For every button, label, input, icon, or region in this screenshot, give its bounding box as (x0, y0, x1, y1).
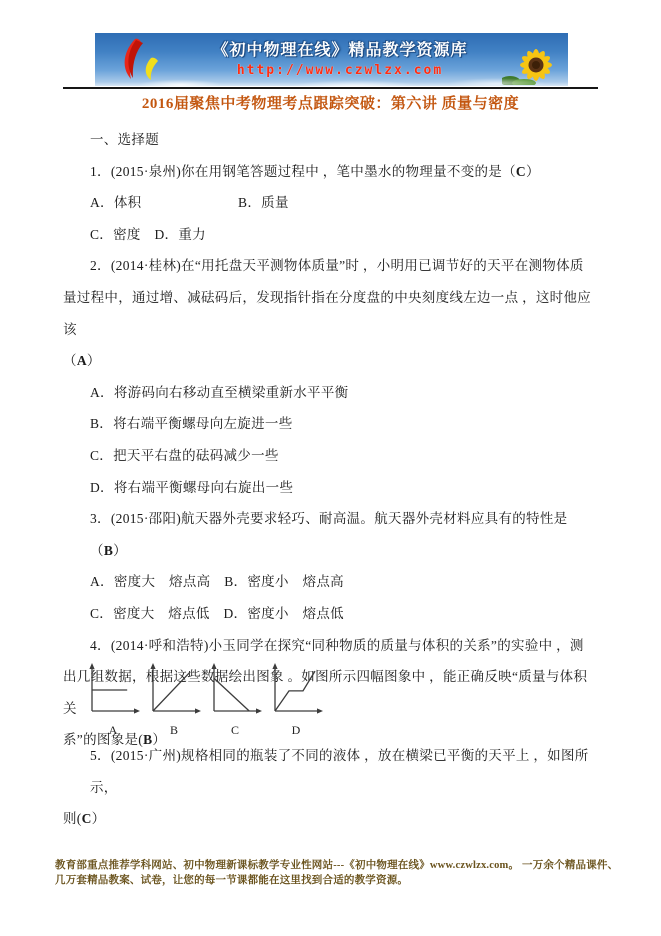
graph-label-A: A (84, 723, 142, 738)
doc-line: 5．(2015·广州)规格相同的瓶装了不同的液体 ，放在横梁已平衡的天平上 ，如… (63, 740, 600, 803)
graph-label-B: B (145, 723, 203, 738)
banner-text-block: 《初中物理在线》精品教学资源库 http://www.czwlzx.com (190, 37, 490, 78)
doc-line: C．密度大 熔点低 D．密度小 熔点低 (63, 598, 600, 630)
doc-line: A．密度大 熔点高 B．密度小 熔点高 (63, 566, 600, 598)
question-text-block-2: 5．(2015·广州)规格相同的瓶装了不同的液体 ，放在横梁已平衡的天平上 ，如… (63, 740, 600, 835)
doc-line: D．将右端平衡螺母向右旋出一些 (63, 472, 600, 504)
doc-line: C．把天平右盘的砝码减少一些 (63, 440, 600, 472)
doc-line: A．体积 B．质量 (63, 187, 600, 219)
page-footer: 教育部重点推荐学科网站、初中物理新课标教学专业性网站---《初中物理在线》www… (55, 858, 629, 888)
graph-C: C (206, 661, 264, 738)
graph-D: D (267, 661, 325, 738)
banner-site-title: 《初中物理在线》精品教学资源库 (190, 37, 490, 60)
doc-line: （A） (63, 345, 600, 377)
doc-line: A．将游码向右移动直至横梁重新水平平衡 (63, 377, 600, 409)
graph-B-plot (145, 661, 203, 719)
document-page: 《初中物理在线》精品教学资源库 http://www.czwlzx.com (0, 0, 661, 936)
graph-label-D: D (267, 723, 325, 738)
graph-D-plot (267, 661, 325, 719)
doc-line: 4．(2014·呼和浩特)小玉同学在探究“同种物质的质量与体积的关系”的实验中 … (63, 630, 600, 662)
doc-line: 量过程中，通过增、减砝码后，发现指针指在分度盘的中央刻度线左边一点 ，这时他应该 (63, 282, 600, 345)
doc-title: 2016届聚焦中考物理考点跟踪突破：第六讲 质量与密度 (63, 92, 598, 113)
graph-B: B (145, 661, 203, 738)
doc-line: 1．(2015·泉州)你在用钢笔答题过程中 ，笔中墨水的物理量不变的是（C） (63, 156, 600, 188)
graph-A-plot (84, 661, 142, 719)
graph-C-plot (206, 661, 264, 719)
banner-site-url: http://www.czwlzx.com (190, 63, 490, 78)
doc-line: C．密度 D．重力 (63, 219, 600, 251)
header-divider (63, 87, 598, 89)
graph-label-C: C (206, 723, 264, 738)
site-logo-icon (109, 36, 181, 86)
doc-line: 3．(2015·邵阳)航天器外壳要求轻巧、耐高温。航天器外壳材料应具有的特性是 … (63, 503, 600, 566)
answer-graphs-figure: ABCD (84, 661, 325, 738)
doc-line: 2．(2014·桂林)在“用托盘天平测物体质量”时 ，小明用已调节好的天平在测物… (63, 250, 600, 282)
sunflower-photo (502, 39, 562, 86)
graph-A: A (84, 661, 142, 738)
doc-line: 则(C） (63, 803, 600, 835)
doc-line: B．将右端平衡螺母向左旋进一些 (63, 408, 600, 440)
site-banner: 《初中物理在线》精品教学资源库 http://www.czwlzx.com (95, 33, 568, 86)
doc-line: 一、选择题 (63, 124, 600, 156)
